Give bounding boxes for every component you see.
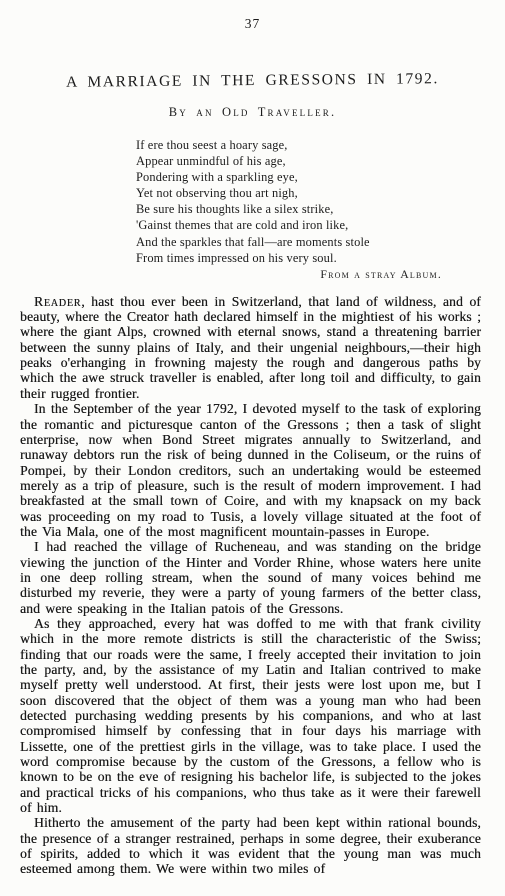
epigraph: If ere thou seest a hoary sage, Appear u…	[136, 137, 505, 266]
paragraph: As they approached, every hat was doffed…	[20, 616, 481, 815]
epigraph-line: Be sure his thoughts like a silex strike…	[136, 201, 505, 217]
epigraph-line: Appear unmindful of his age,	[136, 153, 505, 169]
paragraph: In the September of the year 1792, I dev…	[20, 401, 481, 539]
article-title: A MARRIAGE IN THE GRESSONS IN 1792.	[0, 70, 505, 93]
byline: By an Old Traveller.	[0, 105, 505, 120]
epigraph-line: If ere thou seest a hoary sage,	[136, 137, 505, 153]
paragraph-lead-word: Reader	[34, 294, 81, 309]
epigraph-attribution: From a stray Album.	[0, 267, 505, 282]
paragraph: Reader, hast thou ever been in Switzerla…	[20, 294, 481, 401]
epigraph-line: And the sparkles that fall—are moments s…	[136, 234, 505, 250]
book-page: 37 A MARRIAGE IN THE GRESSONS IN 1792. B…	[0, 0, 505, 896]
page-number: 37	[0, 16, 505, 32]
epigraph-line: 'Gainst themes that are cold and iron li…	[136, 217, 505, 233]
epigraph-line: Yet not observing thou art nigh,	[136, 185, 505, 201]
paragraph: I had reached the village of Rucheneau, …	[20, 539, 481, 616]
paragraph: Hitherto the amusement of the party had …	[20, 815, 481, 876]
paragraph-text: , hast thou ever been in Switzerland, th…	[20, 294, 481, 401]
epigraph-line: Pondering with a sparkling eye,	[136, 169, 505, 185]
epigraph-line: From times impressed on his very soul.	[136, 250, 505, 266]
article-body: Reader, hast thou ever been in Switzerla…	[20, 294, 481, 877]
